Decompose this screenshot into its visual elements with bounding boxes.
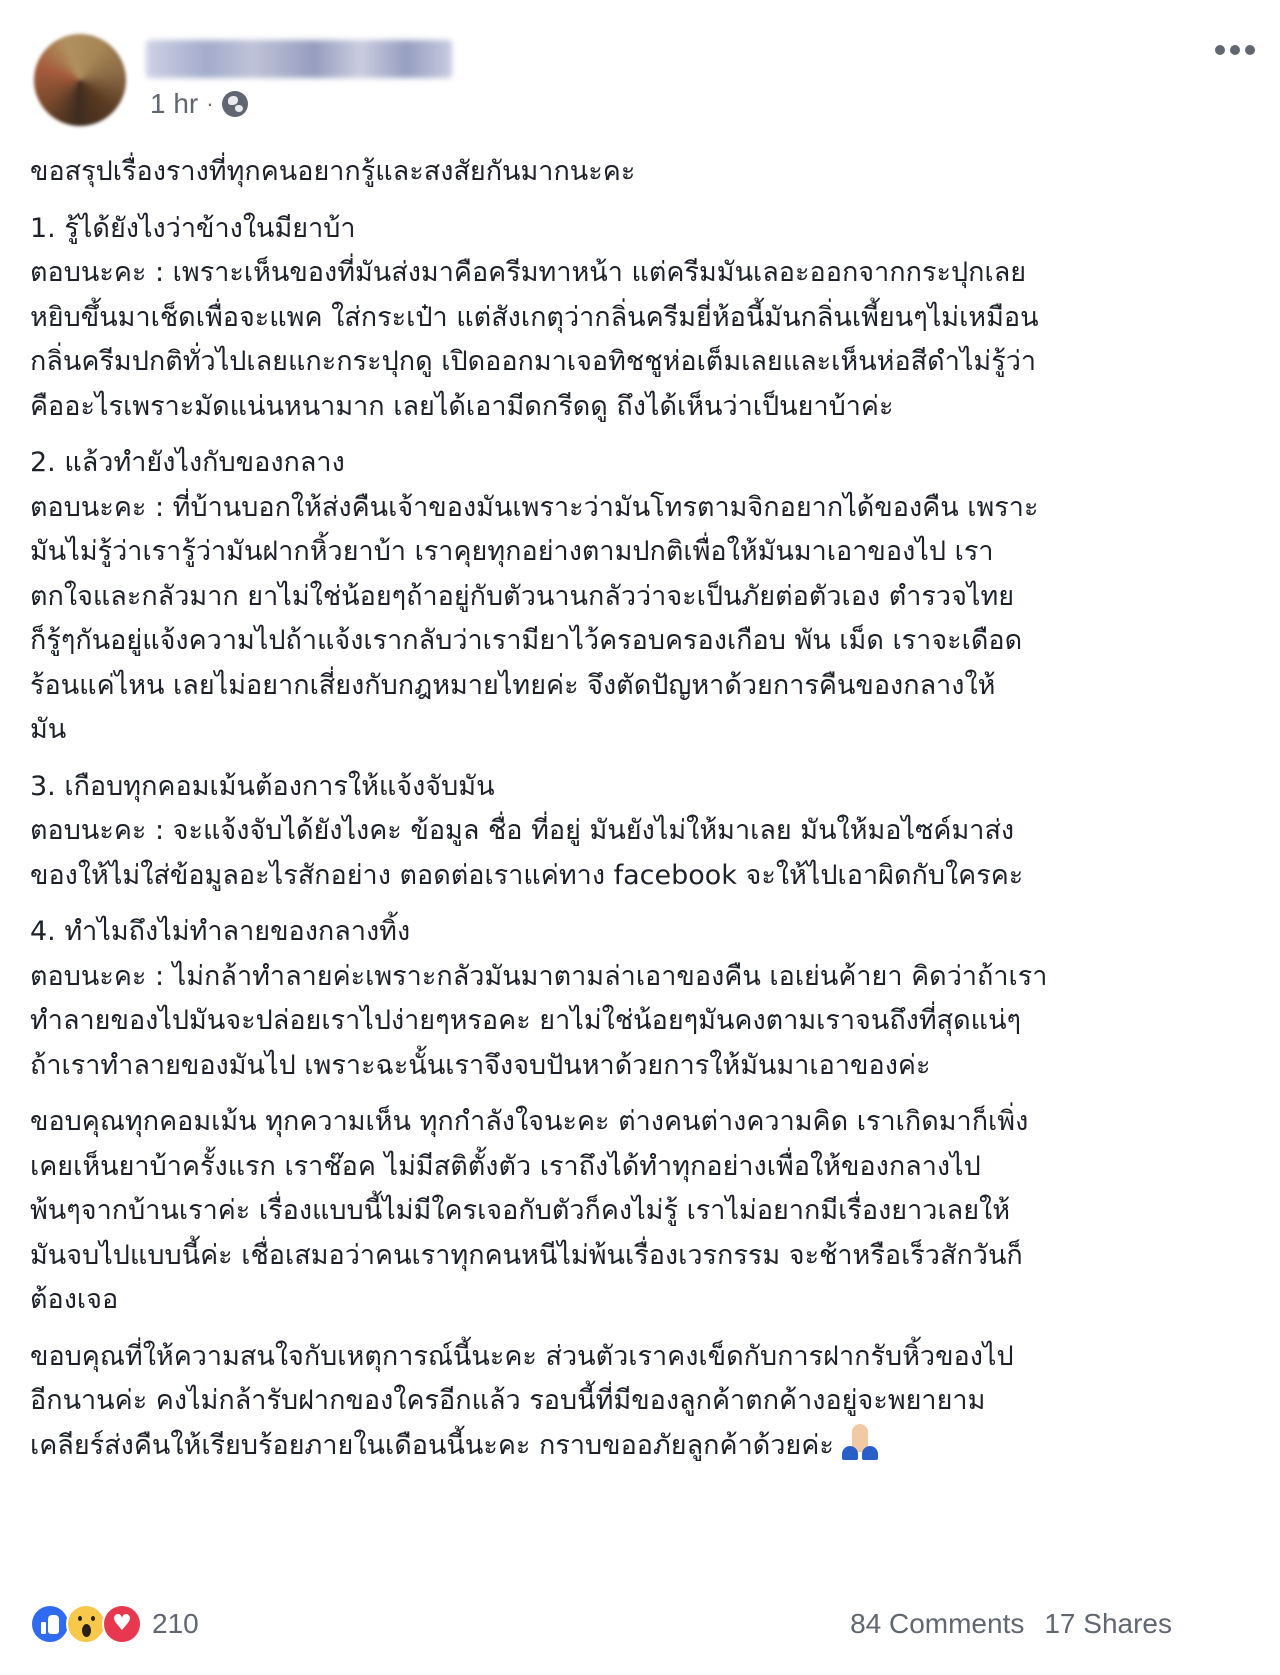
post-text: มัน	[30, 714, 66, 745]
post-text: ทำลายของไปมันจะปล่อยเราไปง่ายๆหรอคะ ยาไม…	[30, 1005, 1021, 1036]
post-paragraph: ขอบคุณที่ให้ความสนใจกับเหตุการณ์นี้นะคะ …	[30, 1335, 1250, 1469]
post-text-line: พ้นๆจากบ้านเราค่ะ เรื่องแบบนี้ไม่มีใครเจ…	[30, 1189, 1250, 1234]
post-text-line: ตกใจและกลัวมาก ยาไม่ใช่น้อยๆถ้าอยู่กับตั…	[30, 575, 1250, 620]
post-text-line: ทำลายของไปมันจะปล่อยเราไปง่ายๆหรอคะ ยาไม…	[30, 999, 1250, 1044]
post-text: อีกนานค่ะ คงไม่กล้ารับฝากของใครอีกแล้ว ร…	[30, 1385, 985, 1416]
folded-hands-icon	[840, 1424, 880, 1460]
post-text: 3. เกือบทุกคอมเม้นต้องการให้แจ้งจับมัน	[30, 771, 495, 802]
more-icon	[1230, 45, 1240, 55]
post-text: ก็รู้ๆกันอยู่แจ้งความไปถ้าแจ้งเรากลับว่า…	[30, 625, 1022, 656]
post-text: ตอบนะคะ : ที่บ้านบอกให้ส่งคืนเจ้าของมันเ…	[30, 492, 1038, 523]
post-text: คืออะไรเพราะมัดแน่นหนามาก เลยได้เอามีดกร…	[30, 391, 894, 422]
post-text-line: เคลียร์ส่งคืนให้เรียบร้อยภายในเดือนนี้นะ…	[30, 1424, 1250, 1469]
post-meta: 1 hr ·	[150, 88, 248, 120]
more-icon	[1215, 45, 1225, 55]
post-text-line: ต้องเจอ	[30, 1278, 1250, 1323]
post-text: ตอบนะคะ : ไม่กล้าทำลายค่ะเพราะกลัวมันมาต…	[30, 961, 1047, 992]
post-text-line: ร้อนแค่ไหน เลยไม่อยากเสี่ยงกับกฎหมายไทยค…	[30, 664, 1250, 709]
post-text: ตอบนะคะ : จะแจ้งจับได้ยังไงคะ ข้อมูล ชื่…	[30, 815, 1014, 846]
post-text-line: ถ้าเราทำลายของมันไป เพราะฉะนั้นเราจึงจบป…	[30, 1044, 1250, 1089]
post-text-line: ตอบนะคะ : ไม่กล้าทำลายค่ะเพราะกลัวมันมาต…	[30, 955, 1250, 1000]
post-text-line: 1. รู้ได้ยังไงว่าข้างในมียาบ้า	[30, 207, 1250, 252]
shares-count-link[interactable]: 17 Shares	[1044, 1608, 1172, 1640]
post-text: มันจบไปแบบนี้ค่ะ เชื่อเสมอว่าคนเราทุกคนห…	[30, 1240, 1023, 1271]
post-text-line: ก็รู้ๆกันอยู่แจ้งความไปถ้าแจ้งเรากลับว่า…	[30, 619, 1250, 664]
post-text-line: ขอบคุณที่ให้ความสนใจกับเหตุการณ์นี้นะคะ …	[30, 1335, 1250, 1380]
post-text: กลิ่นครีมปกติทั่วไปเลยแกะกระปุกดู เปิดออ…	[30, 346, 1036, 377]
avatar[interactable]	[34, 34, 126, 126]
comments-count-link[interactable]: 84 Comments	[850, 1608, 1024, 1640]
post-text: ร้อนแค่ไหน เลยไม่อยากเสี่ยงกับกฎหมายไทยค…	[30, 670, 995, 701]
post-text: ตอบนะคะ : เพราะเห็นของที่มันส่งมาคือครีม…	[30, 257, 1026, 288]
post-text: ต้องเจอ	[30, 1284, 118, 1315]
post-text-line: กลิ่นครีมปกติทั่วไปเลยแกะกระปุกดู เปิดออ…	[30, 340, 1250, 385]
reactions-summary[interactable]: 210	[30, 1604, 199, 1644]
reaction-count: 210	[152, 1608, 199, 1640]
post-text-line: มันจบไปแบบนี้ค่ะ เชื่อเสมอว่าคนเราทุกคนห…	[30, 1234, 1250, 1279]
post-text-line: ขอสรุปเรื่องรางที่ทุกคนอยากรู้และสงสัยกั…	[30, 150, 1250, 195]
post-paragraph: 1. รู้ได้ยังไงว่าข้างในมียาบ้าตอบนะคะ : …	[30, 207, 1250, 430]
post-text-line: หยิบขึ้นมาเช็ดเพื่อจะแพค ใส่กระเป๋า แต่ส…	[30, 296, 1250, 341]
post-paragraph: 2. แล้วทำยังไงกับของกลางตอบนะคะ : ที่บ้า…	[30, 441, 1250, 753]
post-paragraph: ขอบคุณทุกคอมเม้น ทุกความเห็น ทุกกำลังใจน…	[30, 1100, 1250, 1323]
post-text-line: ตอบนะคะ : เพราะเห็นของที่มันส่งมาคือครีม…	[30, 251, 1250, 296]
post-paragraph: 4. ทำไมถึงไม่ทำลายของกลางทิ้งตอบนะคะ : ไ…	[30, 910, 1250, 1088]
meta-separator: ·	[206, 91, 213, 117]
globe-icon[interactable]	[222, 91, 248, 117]
post-text: หยิบขึ้นมาเช็ดเพื่อจะแพค ใส่กระเป๋า แต่ส…	[30, 302, 1039, 333]
post-body: ขอสรุปเรื่องรางที่ทุกคนอยากรู้และสงสัยกั…	[30, 150, 1250, 1480]
facebook-post: 1 hr · ขอสรุปเรื่องรางที่ทุกคนอยากรู้และ…	[0, 0, 1280, 1675]
post-text: พ้นๆจากบ้านเราค่ะ เรื่องแบบนี้ไม่มีใครเจ…	[30, 1195, 1010, 1226]
post-text-line: 2. แล้วทำยังไงกับของกลาง	[30, 441, 1250, 486]
post-timestamp[interactable]: 1 hr	[150, 88, 198, 120]
post-text: เคยเห็นยาบ้าครั้งแรก เราช๊อค ไม่มีสติตั้…	[30, 1151, 981, 1182]
post-paragraph: ขอสรุปเรื่องรางที่ทุกคนอยากรู้และสงสัยกั…	[30, 150, 1250, 195]
post-stats: 84 Comments 17 Shares	[850, 1608, 1172, 1640]
post-text-line: คืออะไรเพราะมัดแน่นหนามาก เลยได้เอามีดกร…	[30, 385, 1250, 430]
post-text-line: มันไม่รู้ว่าเรารู้ว่ามันฝากหิ้วยาบ้า เรา…	[30, 530, 1250, 575]
wow-reaction-icon	[66, 1604, 106, 1644]
post-text: ขอสรุปเรื่องรางที่ทุกคนอยากรู้และสงสัยกั…	[30, 156, 635, 187]
more-options-button[interactable]	[1212, 38, 1258, 62]
post-text-line: เคยเห็นยาบ้าครั้งแรก เราช๊อค ไม่มีสติตั้…	[30, 1145, 1250, 1190]
post-text: ขอบคุณทุกคอมเม้น ทุกความเห็น ทุกกำลังใจน…	[30, 1106, 1028, 1137]
post-paragraph: 3. เกือบทุกคอมเม้นต้องการให้แจ้งจับมันตอ…	[30, 765, 1250, 899]
post-text-line: ตอบนะคะ : ที่บ้านบอกให้ส่งคืนเจ้าของมันเ…	[30, 486, 1250, 531]
love-reaction-icon	[102, 1604, 142, 1644]
post-text: ของให้ไม่ใส่ข้อมูลอะไรสักอย่าง ตอดต่อเรา…	[30, 860, 1023, 891]
post-text-line: มัน	[30, 708, 1250, 753]
post-text: เคลียร์ส่งคืนให้เรียบร้อยภายในเดือนนี้นะ…	[30, 1430, 834, 1461]
post-text-line: ขอบคุณทุกคอมเม้น ทุกความเห็น ทุกกำลังใจน…	[30, 1100, 1250, 1145]
post-text-line: อีกนานค่ะ คงไม่กล้ารับฝากของใครอีกแล้ว ร…	[30, 1379, 1250, 1424]
post-text: ตกใจและกลัวมาก ยาไม่ใช่น้อยๆถ้าอยู่กับตั…	[30, 581, 1014, 612]
author-name-blurred[interactable]	[146, 40, 452, 78]
post-text: 1. รู้ได้ยังไงว่าข้างในมียาบ้า	[30, 213, 356, 244]
post-text: 4. ทำไมถึงไม่ทำลายของกลางทิ้ง	[30, 916, 410, 947]
post-text: ถ้าเราทำลายของมันไป เพราะฉะนั้นเราจึงจบป…	[30, 1050, 930, 1081]
post-text-line: ของให้ไม่ใส่ข้อมูลอะไรสักอย่าง ตอดต่อเรา…	[30, 854, 1250, 899]
post-header: 1 hr ·	[0, 0, 1280, 140]
post-text-line: 3. เกือบทุกคอมเม้นต้องการให้แจ้งจับมัน	[30, 765, 1250, 810]
post-text: ขอบคุณที่ให้ความสนใจกับเหตุการณ์นี้นะคะ …	[30, 1341, 1014, 1372]
post-text: มันไม่รู้ว่าเรารู้ว่ามันฝากหิ้วยาบ้า เรา…	[30, 536, 993, 567]
more-icon	[1245, 45, 1255, 55]
post-footer: 210 84 Comments 17 Shares	[0, 1600, 1280, 1650]
post-text-line: ตอบนะคะ : จะแจ้งจับได้ยังไงคะ ข้อมูล ชื่…	[30, 809, 1250, 854]
post-text-line: 4. ทำไมถึงไม่ทำลายของกลางทิ้ง	[30, 910, 1250, 955]
like-reaction-icon	[30, 1604, 70, 1644]
post-text: 2. แล้วทำยังไงกับของกลาง	[30, 447, 345, 478]
